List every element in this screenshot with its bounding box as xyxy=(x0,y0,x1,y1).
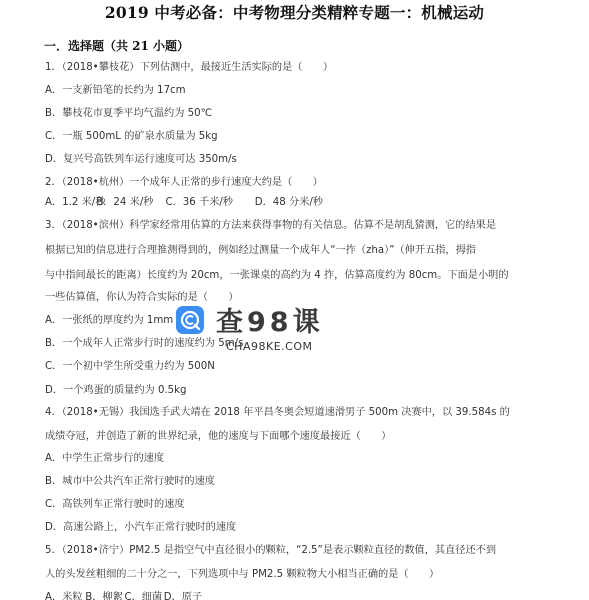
question-4-stem-line-2: 成绩夺冠，并创造了新的世界纪录，他的速度与下面哪个速度最接近（ ） xyxy=(45,430,391,444)
section-heading: 一．选择题（共 21 小题） xyxy=(44,37,189,54)
question-2-option-d: D．48 分米/秒 xyxy=(255,196,323,210)
question-3-option-c: C．一个初中学生所受重力约为 500N xyxy=(45,360,215,374)
question-1-option-b: B．攀枝花市夏季平均气温约为 50℃ xyxy=(45,107,212,121)
question-5-options: A．米粒 B．柳絮 C．细菌 D．原子 xyxy=(45,591,202,600)
watermark-logo-icon xyxy=(176,306,204,334)
question-3-option-d: D．一个鸡蛋的质量约为 0.5kg xyxy=(45,384,187,398)
question-5-option-d: D．原子 xyxy=(164,591,202,600)
question-1-option-c: C．一瓶 500mL 的矿泉水质量为 5kg xyxy=(45,130,218,144)
watermark-url: CHA98KE.COM xyxy=(226,340,312,353)
question-1-option-d: D．复兴号高铁列车运行速度可达 350m/s xyxy=(45,153,237,167)
question-4-option-b: B．城市中公共汽车正常行驶时的速度 xyxy=(45,475,215,489)
question-4-option-a: A．中学生正常步行的速度 xyxy=(45,452,164,466)
question-3-option-a: A．一张纸的厚度约为 1mm xyxy=(45,314,173,328)
question-1-option-a: A．一支新铅笔的长约为 17cm xyxy=(45,84,186,98)
question-3-stem-line-2: 根据已知的信息进行合理推测得到的，例如经过测量一个成年人“一拃（zha）”（伸开… xyxy=(45,244,476,258)
question-5-option-c: C．细菌 xyxy=(125,591,161,600)
question-2-option-b: B．24 米/秒 xyxy=(96,196,162,210)
question-2-stem: 2．（2018•杭州）一个成年人正常的步行速度大约是（ ） xyxy=(45,176,323,190)
watermark: 查98课 CHA98KE.COM xyxy=(176,306,326,356)
question-5-option-a: A．米粒 xyxy=(45,591,82,600)
question-3-stem-line-1: 3．（2018•滨州）科学家经常用估算的方法来获得事物的有关信息。估算不是胡乱猜… xyxy=(45,219,496,233)
question-1-stem: 1．（2018•攀枝花）下列估测中，最接近生活实际的是（ ） xyxy=(45,61,333,75)
question-2-options: A．1.2 米/秒 B．24 米/秒 C．36 千米/秒 D．48 分米/秒 xyxy=(45,196,323,210)
question-5-stem-line-2: 人的头发丝粗细的二十分之一，下列选项中与 PM2.5 颗粒物大小相当正确的是（ … xyxy=(45,568,439,582)
question-3-stem-line-3: 与中指间最长的距离）长度约为 20cm，一张课桌的高约为 4 拃，估算高度约为 … xyxy=(45,269,509,283)
question-4-option-d: D．高速公路上，小汽车正常行驶时的速度 xyxy=(45,521,236,535)
question-5-option-b: B．柳絮 xyxy=(85,591,121,600)
question-4-option-c: C．高铁列车正常行驶时的速度 xyxy=(45,498,185,512)
question-5-stem-line-1: 5．（2018•济宁）PM2.5 是指空气中直径很小的颗粒，“2.5”是表示颗粒… xyxy=(45,544,496,558)
question-4-stem-line-1: 4．（2018•无锡）我国选手武大靖在 2018 年平昌冬奥会短道速滑男子 50… xyxy=(45,406,510,420)
question-2-option-c: C．36 千米/秒 xyxy=(166,196,252,210)
watermark-brand: 查98课 xyxy=(216,300,324,339)
question-2-option-a: A．1.2 米/秒 xyxy=(45,196,93,210)
document-title: 2019 中考必备：中考物理分类精粹专题一：机械运动 xyxy=(0,1,589,23)
document-page: 2019 中考必备：中考物理分类精粹专题一：机械运动 一．选择题（共 21 小题… xyxy=(0,0,589,600)
question-3-stem-line-4: 一些估算值，你认为符合实际的是（ ） xyxy=(45,291,239,305)
